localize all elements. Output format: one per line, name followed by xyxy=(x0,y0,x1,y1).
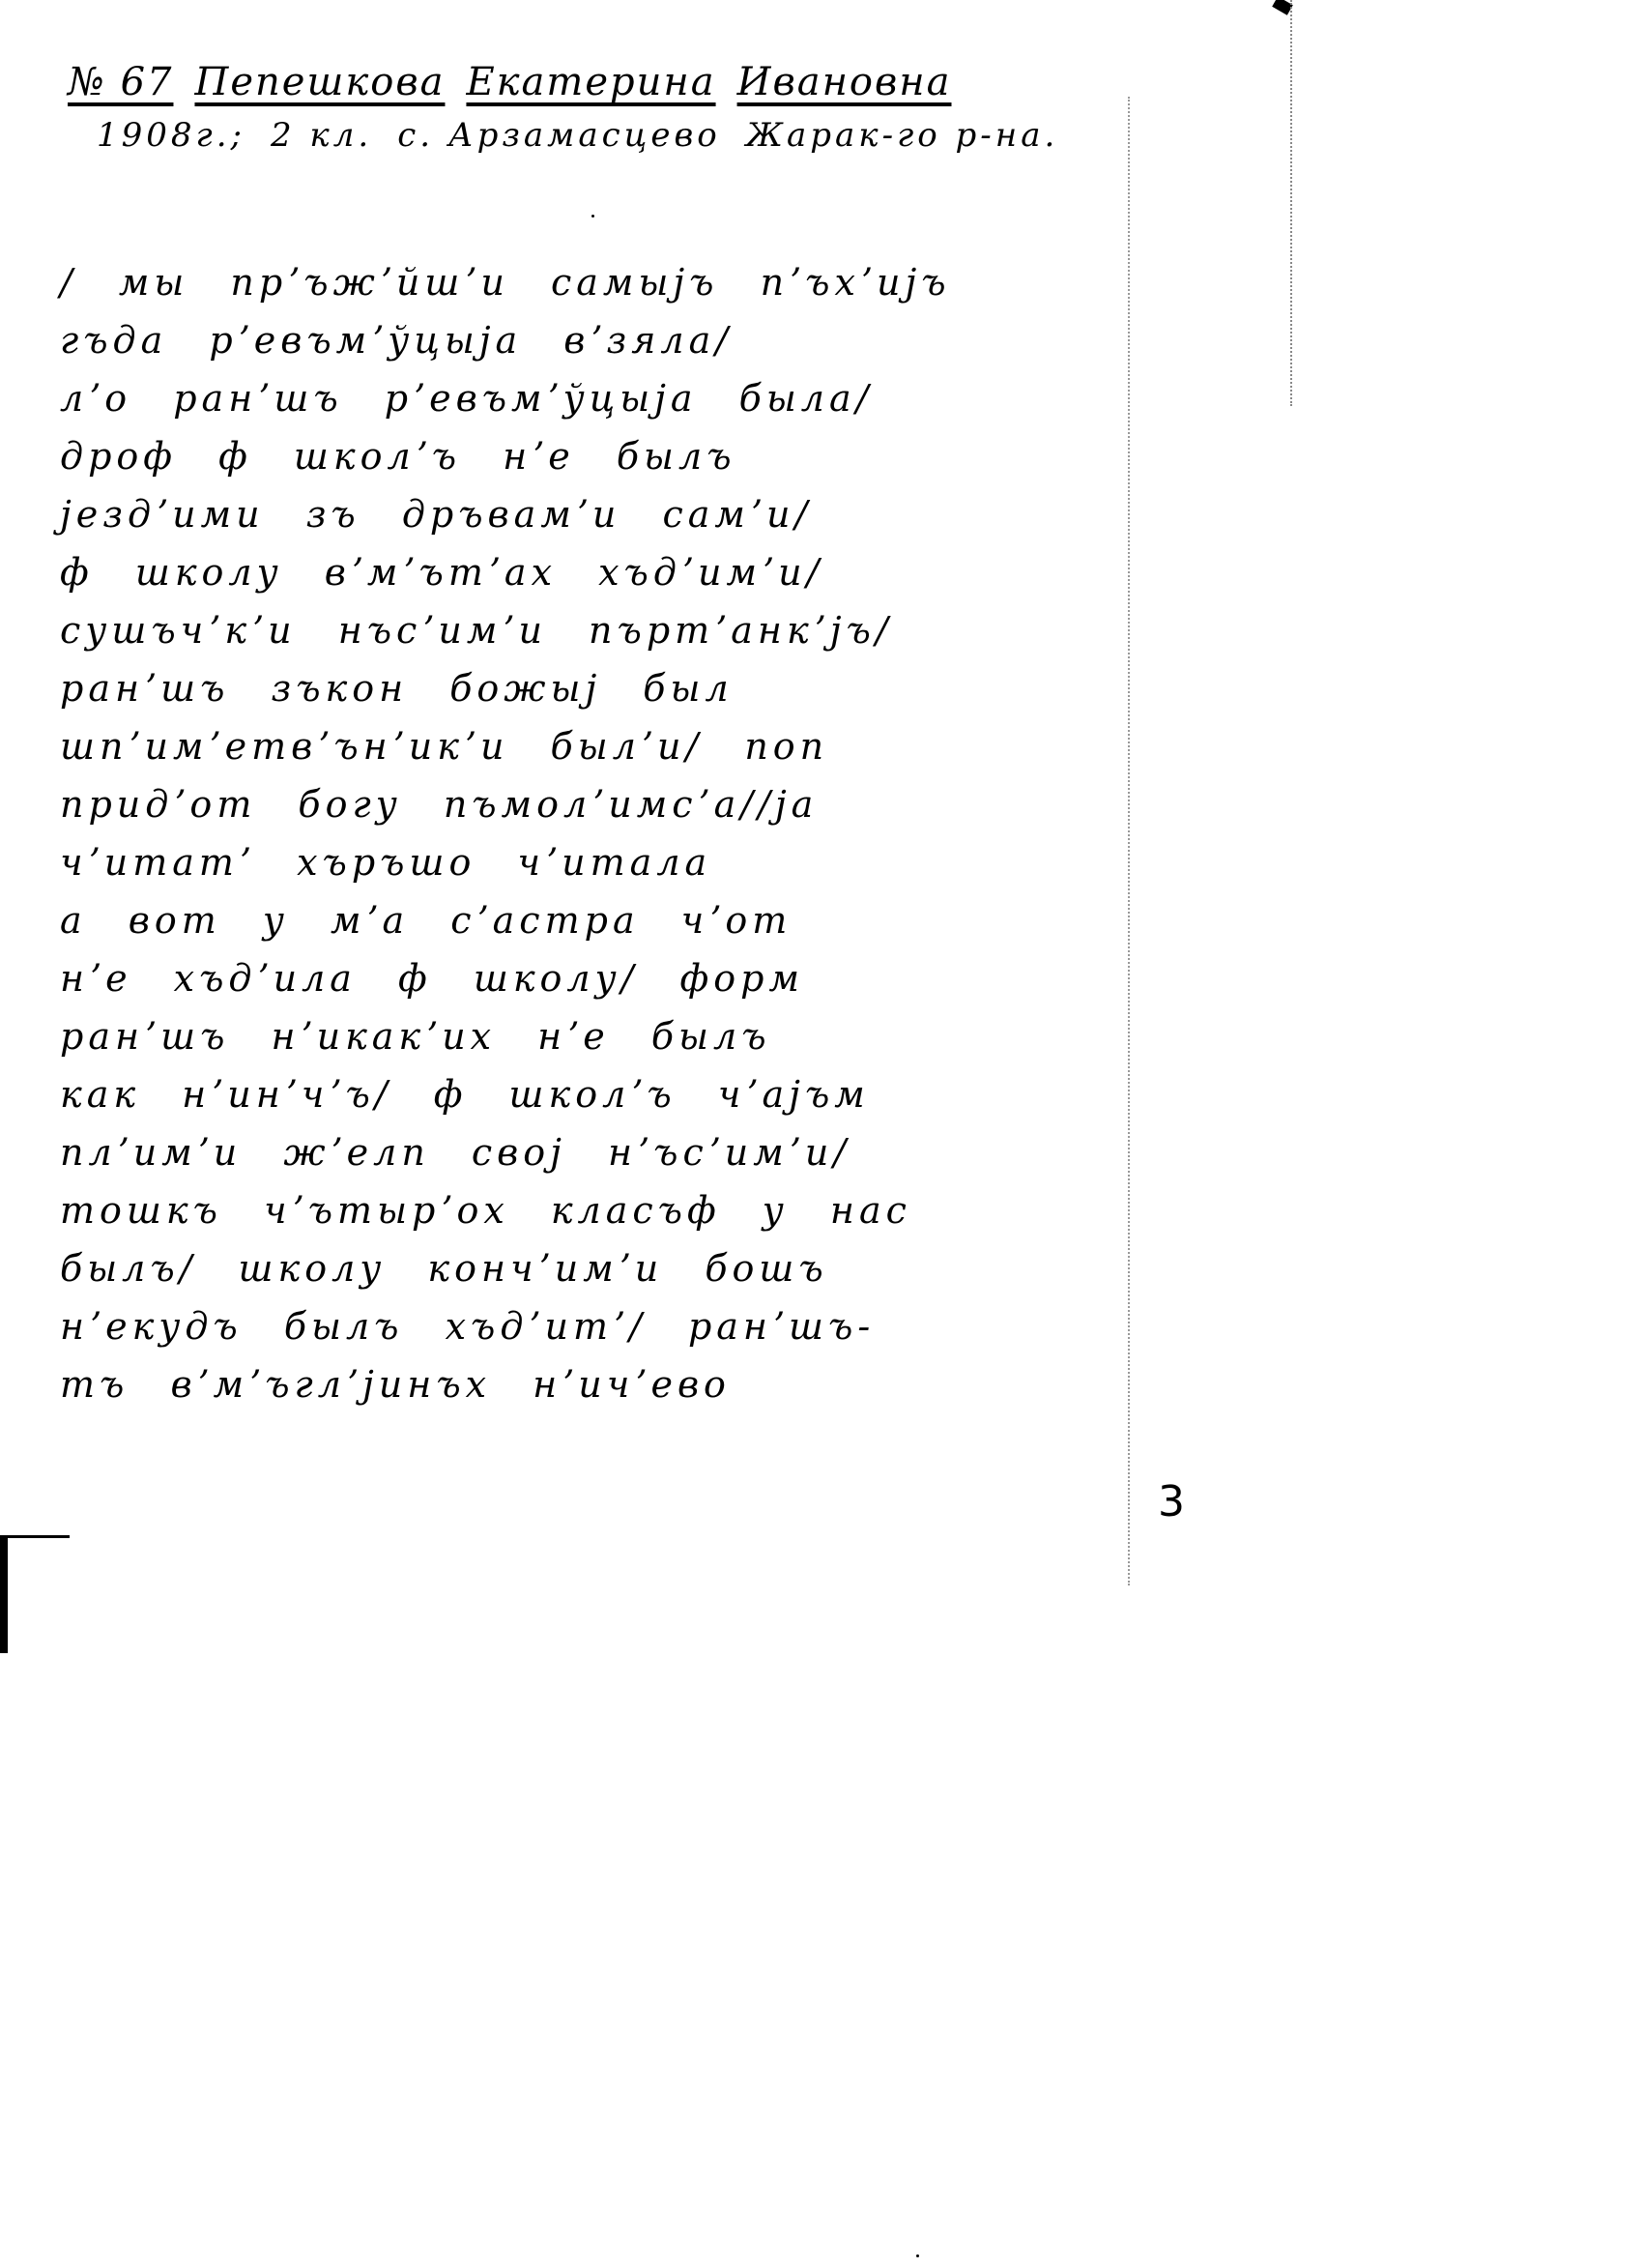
text-line: плʼимʼи жʼелп свој нʼъсʼимʼи/ xyxy=(60,1123,1123,1181)
record-number: № 67 xyxy=(68,60,173,104)
text-line: шпʼимʼетвʼънʼикʼи былʼи/ поп xyxy=(60,717,1123,775)
text-line: придʼот богу пъмолʼимсʼа//ја xyxy=(60,775,1123,833)
scan-speck xyxy=(916,2254,919,2257)
informant-surname: Пепешкова xyxy=(194,60,445,104)
text-line: нʼекудъ былъ хъдʼитʼ/ ранʼшъ- xyxy=(60,1297,1123,1355)
text-line: как нʼинʼчʼъ/ ф школʼъ чʼајъм xyxy=(60,1065,1123,1123)
text-line: ф школу вʼмʼътʼах хъдʼимʼи/ xyxy=(60,543,1123,601)
text-line: јездʼими зъ дръвамʼи самʼи/ xyxy=(60,485,1123,543)
text-line: тошкъ чʼътырʼох класъф у нас xyxy=(60,1181,1123,1239)
scan-edge-line xyxy=(1290,0,1292,406)
text-line: былъ/ школу кончʼимʼи бошъ xyxy=(60,1239,1123,1297)
text-line: а вот у мʼа сʼастра чʼот xyxy=(60,891,1123,949)
text-line: / мы прʼъжʼйшʼи самыјъ пʼъхʼијъ xyxy=(60,253,1123,311)
text-line: нʼе хъдʼила ф школу/ форм xyxy=(60,949,1123,1007)
text-line: тъ вʼмʼъглʼјинъх нʼичʼево xyxy=(60,1355,1123,1413)
informant-patronymic: Ивановна xyxy=(737,60,952,104)
text-line: дроф ф школʼъ нʼе былъ xyxy=(60,427,1123,485)
right-margin-line xyxy=(1128,97,1130,1585)
page-number: 3 xyxy=(1158,1477,1185,1527)
informant-first-name: Екатерина xyxy=(466,60,715,104)
transcription-body: / мы прʼъжʼйшʼи самыјъ пʼъхʼијъ гъда рʼе… xyxy=(60,253,1123,1413)
text-line: чʼитатʼ хъръшо чʼитала xyxy=(60,833,1123,891)
text-line: сушъчʼкʼи нъсʼимʼи пъртʼанкʼјъ/ xyxy=(60,601,1123,659)
scanned-page: № 67ПепешковаЕкатеринаИвановна 1908г.;2 … xyxy=(0,0,1643,2268)
text-line: лʼо ранʼшъ рʼевъмʼўцыја была/ xyxy=(60,369,1123,427)
district: Жарак-го р-на. xyxy=(746,116,1058,155)
informant-name-line: № 67ПепешковаЕкатеринаИвановна xyxy=(68,60,1131,104)
scan-edge-rule xyxy=(0,1535,70,1538)
text-line: ранʼшъ нʼикакʼих нʼе былъ xyxy=(60,1007,1123,1065)
informant-details-line: 1908г.;2 кл.с. АрзамасцевоЖарак-го р-на. xyxy=(68,116,1131,155)
village: с. Арзамасцево xyxy=(397,116,721,155)
education: 2 кл. xyxy=(271,116,372,155)
text-line: ранʼшъ зъкон божыј был xyxy=(60,659,1123,717)
text-line: гъда рʼевъмʼўцыја вʼзяла/ xyxy=(60,311,1123,369)
scan-edge-shadow xyxy=(0,1537,8,1653)
record-header: № 67ПепешковаЕкатеринаИвановна 1908г.;2 … xyxy=(68,60,1131,155)
birth-year: 1908г.; xyxy=(97,116,245,155)
scan-speck xyxy=(591,215,594,218)
